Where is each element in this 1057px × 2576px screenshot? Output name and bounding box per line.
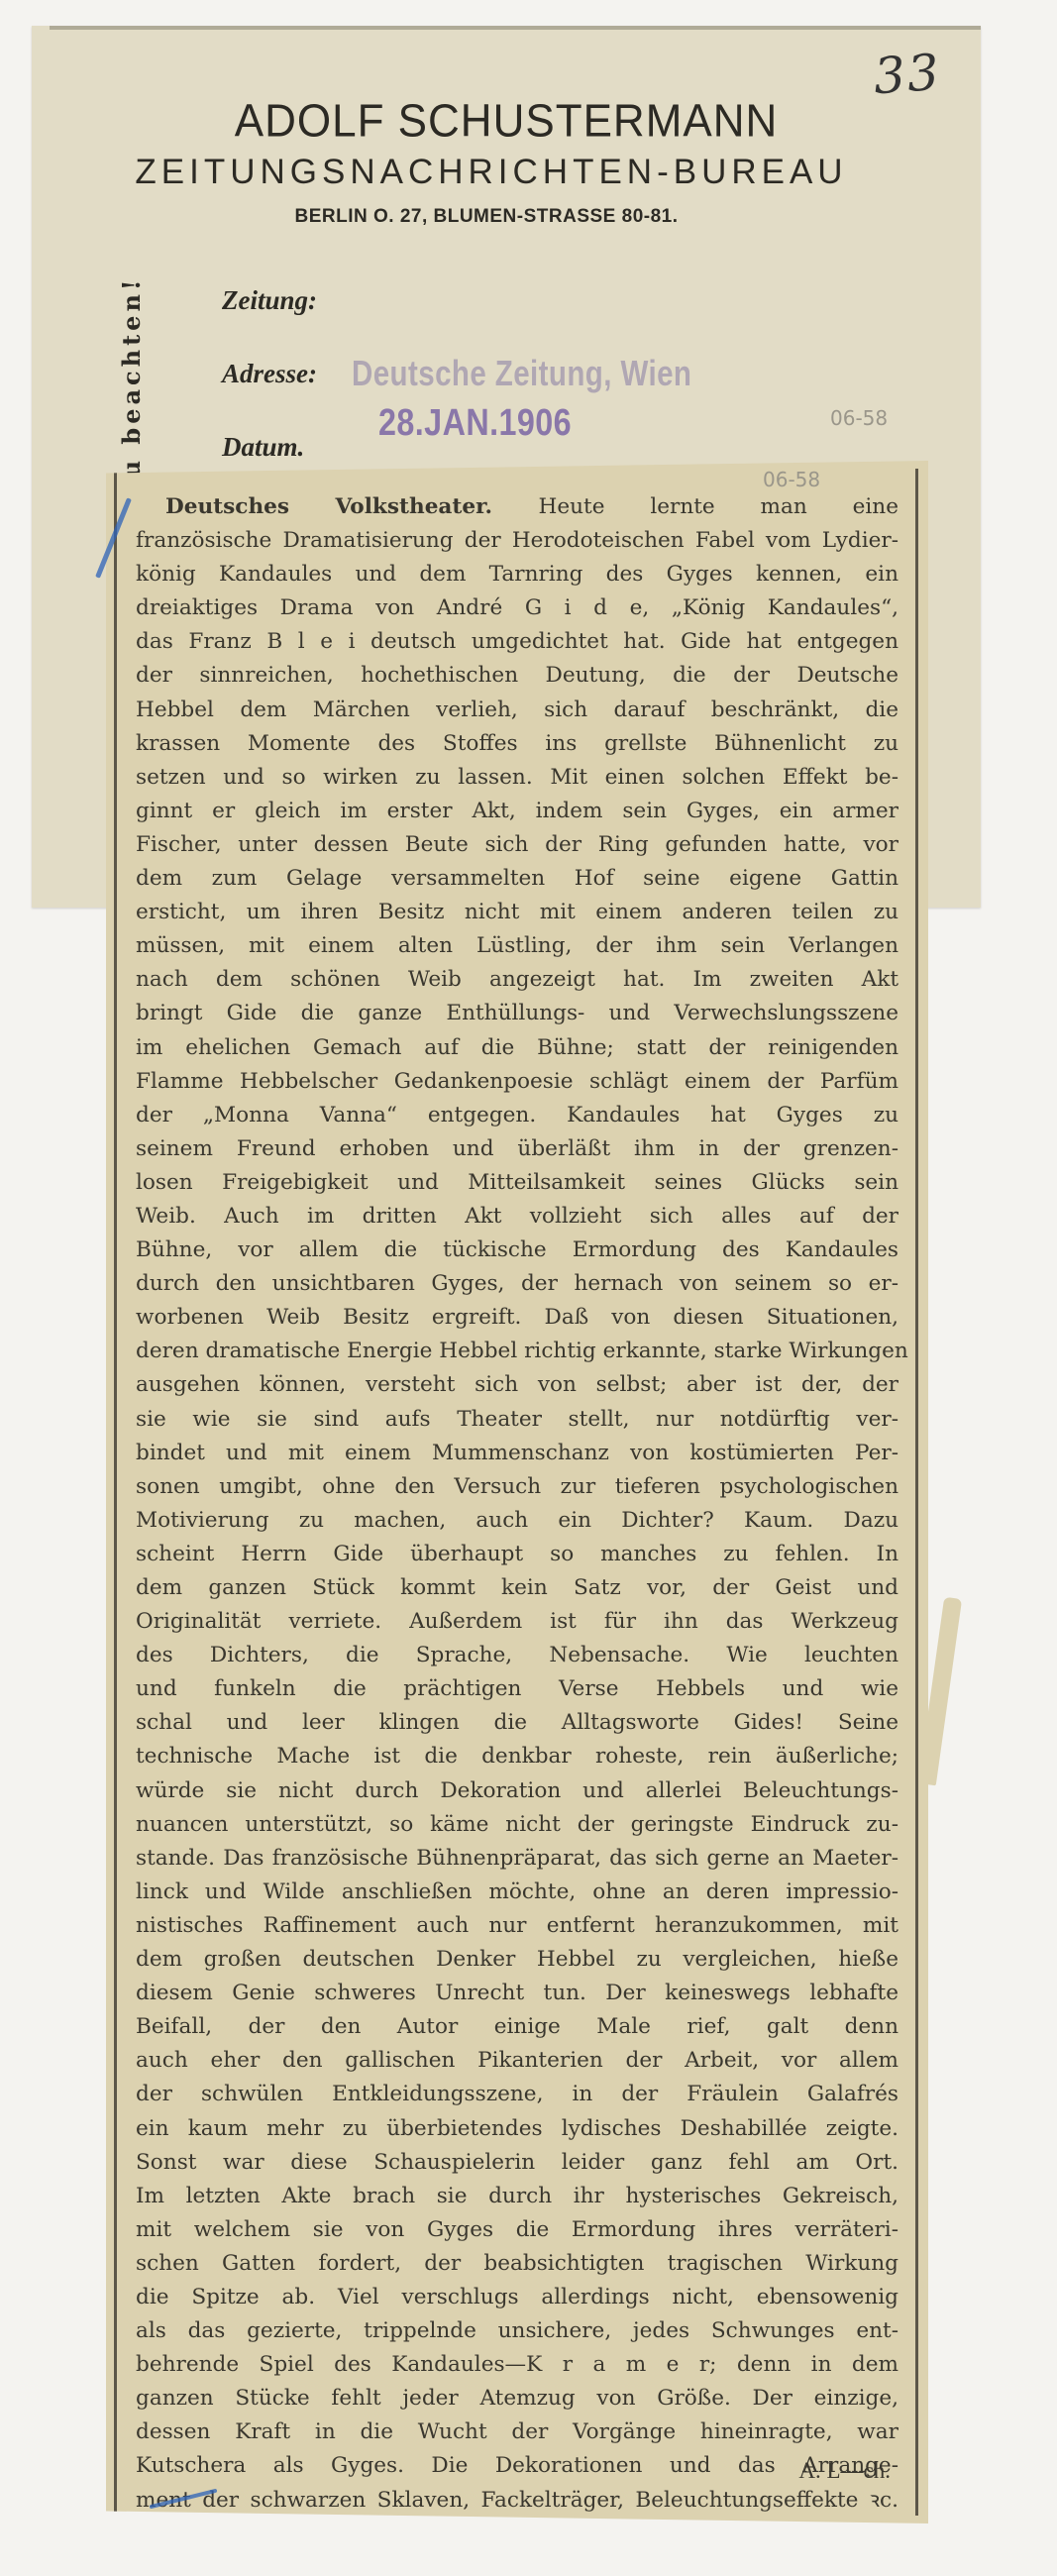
article-line: bindet und mit einem Mummenschanz von ko… xyxy=(136,1437,898,1470)
newspaper-clipping: Deutsches Volkstheater. Heute lernte man… xyxy=(106,461,928,2523)
article-line: sonen umgibt, ohne den Versuch zur tiefe… xyxy=(136,1470,898,1504)
article-line: ersticht, um ihren Besitz nicht mit eine… xyxy=(136,896,898,929)
article-line: französische Dramatisierung der Herodote… xyxy=(136,524,898,558)
article-line: die Spitze ab. Viel verschlugs allerding… xyxy=(136,2281,898,2314)
column-rule-right xyxy=(915,469,918,2516)
article-line: durch den unsichtbaren Gyges, der hernac… xyxy=(136,1267,898,1301)
pencil-archive-code: 06-58 xyxy=(830,406,888,430)
article-line: ginnt er gleich im erster Akt, indem sei… xyxy=(136,795,898,828)
article-body: Deutsches Volkstheater. Heute lernte man… xyxy=(136,490,898,2551)
article-line: Beifall, der den Autor einige Male rief,… xyxy=(136,2010,898,2044)
article-signature: A. L—ch. xyxy=(798,2458,891,2484)
field-label-adresse: Adresse: xyxy=(222,359,317,389)
article-line: Weib. Auch im dritten Akt vollzieht sich… xyxy=(136,1200,898,1234)
article-line: könig Kandaules und dem Tarnring des Gyg… xyxy=(136,558,898,591)
article-line: ment der schwarzen Sklaven, Fackelträger… xyxy=(136,2484,898,2518)
article-line: krassen Momente des Stoffes ins grellste… xyxy=(136,727,898,761)
article-line: dreiaktiges Drama von André G i d e, „Kö… xyxy=(136,591,898,625)
article-line: mit welchem sie von Gyges die Ermordung … xyxy=(136,2213,898,2247)
article-line: technische Mache ist die denkbar roheste… xyxy=(136,1740,898,1773)
field-label-zeitung: Zeitung: xyxy=(222,285,317,316)
article-line: Originalität verriete. Außerdem ist für … xyxy=(136,1605,898,1639)
article-line: dem zum Gelage versammelten Hof seine ei… xyxy=(136,862,898,896)
article-line: der schwülen Entkleidungsszene, in der F… xyxy=(136,2078,898,2111)
article-line: der sinnreichen, hochethischen Deutung, … xyxy=(136,659,898,693)
company-address: BERLIN O. 27, BLUMEN-STRASSE 80-81. xyxy=(32,206,941,228)
article-line: sie wie sie sind aufs Theater stellt, nu… xyxy=(136,1403,898,1437)
article-line: Im letzten Akte brach sie durch ihr hyst… xyxy=(136,2180,898,2213)
article-line: Sonst war diese Schauspielerin leider ga… xyxy=(136,2146,898,2180)
article-line: behrende Spiel des Kandaules—K r a m e r… xyxy=(136,2348,898,2382)
bureau-name: ZEITUNGSNACHRICHTEN-BUREAU xyxy=(32,153,951,192)
article-line: würde sie nicht durch Dekoration und all… xyxy=(136,1774,898,1808)
article-line: das Franz B l e i deutsch umgedichtet ha… xyxy=(136,625,898,659)
article-line: nistisches Raffinement auch nur entfernt… xyxy=(136,1909,898,1943)
article-line: dem großen deutschen Denker Hebbel zu ve… xyxy=(136,1943,898,1977)
article-line: ganzen Stücke fehlt jeder Atemzug von Gr… xyxy=(136,2382,898,2415)
article-line: deren dramatische Energie Hebbel richtig… xyxy=(136,1335,898,1368)
article-line: Hebbel dem Märchen verlieh, sich darauf … xyxy=(136,694,898,727)
date-stamp: 28.JAN.1906 xyxy=(378,402,572,445)
article-line: linck und Wilde anschließen möchte, ohne… xyxy=(136,1876,898,1909)
article-line: ausgehen können, versteht sich von selbs… xyxy=(136,1368,898,1402)
article-line: scheint Herrn Gide überhaupt so manches … xyxy=(136,1538,898,1571)
company-name: ADOLF SCHUSTERMANN xyxy=(32,96,981,149)
form-top-edge xyxy=(50,26,981,30)
article-line: der „Monna Vanna“ entgegen. Kandaules ha… xyxy=(136,1099,898,1132)
article-line: bringt Gide die ganze Enthüllungs- und V… xyxy=(136,997,898,1030)
article-line: setzen und so wirken zu lassen. Mit eine… xyxy=(136,761,898,795)
field-label-datum: Datum. xyxy=(222,432,304,463)
article-line: losen Freigebigkeit und Mitteilsamkeit s… xyxy=(136,1166,898,1200)
article-line: als das gezierte, trippelnde unsichere, … xyxy=(136,2314,898,2348)
article-line: und funkeln die prächtigen Verse Hebbels… xyxy=(136,1672,898,1706)
article-line: worbenen Weib Besitz ergreift. Daß von d… xyxy=(136,1301,898,1335)
article-line: Bühne, vor allem die tückische Ermordung… xyxy=(136,1234,898,1267)
article-line: Flamme Hebbelscher Gedankenpoesie schläg… xyxy=(136,1065,898,1099)
article-line: Motivierung zu machen, auch ein Dichter?… xyxy=(136,1504,898,1538)
newspaper-stamp: Deutsche Zeitung, Wien xyxy=(352,353,691,394)
article-line: diesem Genie schweres Unrecht tun. Der k… xyxy=(136,1977,898,2010)
article-headline: Deutsches Volkstheater. xyxy=(165,494,539,519)
article-line: Kutschera als Gyges. Die Dekorationen un… xyxy=(136,2449,898,2483)
article-line: auch eher den gallischen Pikanterien der… xyxy=(136,2044,898,2078)
article-line: waren bunt und reichhaltig. xyxy=(136,2518,898,2551)
article-line: nuancen unterstützt, so käme nicht der g… xyxy=(136,1808,898,1842)
article-line: Fischer, unter dessen Beute sich der Rin… xyxy=(136,828,898,862)
article-line: im ehelichen Gemach auf die Bühne; statt… xyxy=(136,1031,898,1065)
article-line: schal und leer klingen die Alltagsworte … xyxy=(136,1706,898,1740)
article-line: schen Gatten fordert, der beabsichtigten… xyxy=(136,2247,898,2281)
article-line: des Dichters, die Sprache, Nebensache. W… xyxy=(136,1639,898,1672)
column-rule-left xyxy=(114,469,117,2516)
vertical-side-note: zu beachten! xyxy=(117,258,146,495)
pencil-archive-code-clipping: 06-58 xyxy=(763,468,820,491)
article-line: dem ganzen Stück kommt kein Satz vor, de… xyxy=(136,1571,898,1605)
article-line: dessen Kraft in die Wucht der Vorgänge h… xyxy=(136,2415,898,2449)
article-line: seinem Freund erhoben und überläßt ihm i… xyxy=(136,1132,898,1166)
article-line: stande. Das französische Bühnenpräparat,… xyxy=(136,1842,898,1876)
article-line: nach dem schönen Weib angezeigt hat. Im … xyxy=(136,963,898,997)
article-line: müssen, mit einem alten Lüstling, der ih… xyxy=(136,929,898,963)
article-line: Deutsches Volkstheater. Heute lernte man… xyxy=(136,490,898,524)
article-line: ein kaum mehr zu überbietendes lydisches… xyxy=(136,2112,898,2146)
